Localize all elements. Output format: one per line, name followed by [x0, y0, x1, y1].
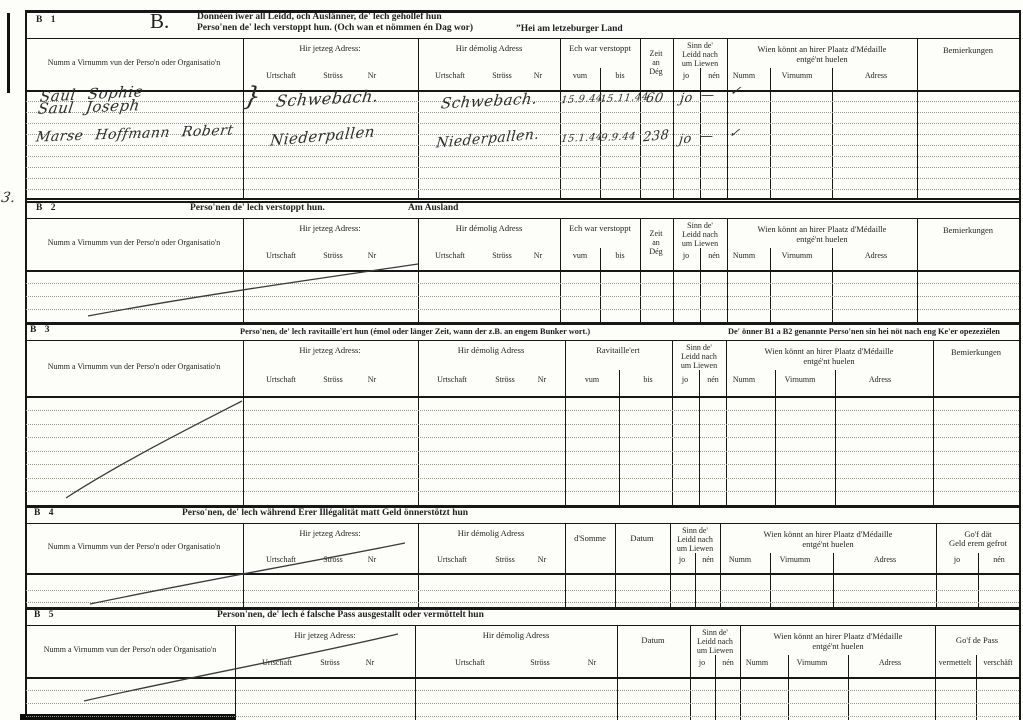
col-header-medal-line: Wien könnt an hirer Plaatz d'Médaille — [758, 45, 887, 54]
col-header-sub: verschäft — [983, 659, 1012, 667]
rule-horizontal — [25, 505, 1021, 508]
col-header-sub: Numm — [746, 659, 768, 667]
col-header-sub: Nr — [368, 556, 376, 564]
rule-horizontal — [25, 270, 1021, 272]
column-border-b2 — [418, 218, 419, 322]
section-b1-title-part: Perso'nen de' lech verstoppt hun. (Och w… — [197, 24, 473, 34]
col-header-name: Numm a Virnumm vun der Perso'n oder Orga… — [48, 543, 221, 551]
entry-row-line-b3 — [26, 437, 1019, 438]
col-header-group: Hir démolig Adress — [458, 529, 525, 538]
rule-horizontal — [25, 396, 1021, 398]
rule-horizontal — [25, 607, 1021, 610]
col-header-group: Hir démolig Adress — [483, 631, 550, 640]
col-header-sub: Virnumm — [782, 252, 813, 260]
column-border-b2 — [560, 218, 561, 322]
entry-row-line-b3 — [26, 424, 1019, 425]
section-b3-title-part: De' önner B1 a B2 genannte Perso'nen sin… — [728, 328, 1000, 336]
handwritten-entry: 43. — [0, 191, 17, 205]
col-header-sub: jo — [683, 252, 689, 260]
col-header-medal-line: Wien könnt an hirer Plaatz d'Médaille — [765, 347, 894, 356]
col-header-zeit-line: an — [652, 239, 660, 247]
handwritten-entry: jo — [678, 132, 692, 146]
col-header-sub: Urtschaft — [266, 252, 296, 260]
handwritten-entry: 60 — [645, 92, 665, 105]
entry-row-line-b5 — [26, 716, 1019, 717]
section-b4-title-part: Perso'nen, de' lech während Erer Illégal… — [182, 509, 468, 519]
column-border-b2 — [243, 218, 244, 322]
section-b1-title-part: ”Hei am letzeburger Land — [516, 25, 623, 35]
col-header-sinn-line: Sinn de' — [702, 629, 728, 637]
col-header-medal-line: Wien könnt an hirer Plaatz d'Médaille — [764, 530, 893, 539]
column-border-b2 — [640, 218, 641, 322]
entry-row-line-b1 — [26, 112, 1019, 113]
handwritten-entry: Schwebach. — [275, 88, 379, 109]
col-header-sub: nén — [993, 556, 1005, 564]
entry-row-line-b1 — [26, 189, 1019, 190]
col-header-group: Hir démolig Adress — [456, 224, 523, 233]
col-header-sinn-line: um Liewen — [677, 545, 713, 553]
column-border-b4 — [670, 523, 671, 607]
col-header-sub: Ströss — [495, 376, 515, 384]
col-header-sinn-line: um Liewen — [682, 60, 718, 68]
column-border-b4 — [936, 523, 937, 607]
column-border-b5 — [415, 625, 416, 720]
section-b3-title-part: Perso'nen, de' lech ravitaille'ert hun (… — [240, 328, 590, 336]
bottom-scan-bar — [20, 714, 236, 720]
col-header-sub: Numm — [729, 556, 751, 564]
col-header-group: Hir jetzeg Adress: — [299, 346, 360, 355]
handwritten-entry: jo — [679, 91, 693, 105]
handwritten-entry: 9.9.44 — [600, 132, 636, 144]
col-header-name: Numm a Virnumm vun der Perso'n oder Orga… — [48, 363, 221, 371]
col-header-sub: vum — [585, 376, 599, 384]
col-header-sub: Nr — [368, 252, 376, 260]
col-header-group: Hir jetzeg Adress: — [294, 631, 355, 640]
column-border-b3 — [565, 340, 566, 505]
entry-row-line-b3 — [26, 410, 1019, 411]
col-header-sub: vermettelt — [939, 659, 971, 667]
handwritten-entry: Saul Joseph — [37, 98, 141, 117]
column-border-b2 — [917, 218, 918, 322]
col-header-sub: Ströss — [323, 252, 343, 260]
entry-row-line-b5 — [26, 690, 1019, 691]
col-header-sub: Urtschaft — [437, 376, 467, 384]
handwritten-entry: Marse Hoffmann Robert — [35, 124, 234, 145]
margin-tick-line — [7, 13, 10, 93]
col-header-sub: Adress — [865, 252, 887, 260]
col-header-sub: Virnumm — [782, 72, 813, 80]
column-border-b1 — [917, 38, 918, 198]
col-header-single: d'Somme — [574, 534, 606, 543]
subcolumn-border-b2 — [770, 248, 771, 322]
column-border-b4 — [720, 523, 721, 607]
column-border-b1 — [640, 38, 641, 198]
col-header-sinn-line: Leidd nach — [682, 51, 718, 59]
subcolumn-border-b2 — [700, 248, 701, 322]
handwritten-entry: ✓ — [728, 127, 742, 140]
col-header-sub: Ströss — [530, 659, 550, 667]
column-border-b5 — [740, 625, 741, 720]
col-header-sub: Urtschaft — [437, 556, 467, 564]
col-header-bemierkungen: Bemierkungen — [951, 348, 1001, 357]
entry-row-line-b2 — [26, 283, 1019, 284]
col-header-sinn-line: Sinn de' — [687, 42, 713, 50]
subcolumn-border-b5 — [848, 655, 849, 720]
subcolumn-border-b4 — [695, 553, 696, 607]
column-border-b4 — [243, 523, 244, 607]
col-header-medal-line: entgé'nt huelen — [812, 642, 863, 651]
col-header-zeit-line: Zeit — [650, 230, 663, 238]
col-header-single: Datum — [641, 636, 664, 645]
col-header-medal-line: entgé'nt huelen — [803, 357, 854, 366]
rule-horizontal — [25, 625, 1021, 626]
col-header-zeit-line: an — [652, 59, 660, 67]
rule-horizontal — [25, 201, 1021, 203]
col-header-zeit-line: Zeit — [650, 50, 663, 58]
col-header-sub: Urtschaft — [455, 659, 485, 667]
entry-row-line-b3 — [26, 451, 1019, 452]
col-header-sub: Nr — [366, 659, 374, 667]
col-header-sinn-line: um Liewen — [681, 362, 717, 370]
col-header-sub: vum — [573, 72, 587, 80]
col-header-sub: jo — [683, 72, 689, 80]
handwritten-entry: 238 — [643, 129, 670, 145]
column-border-b4 — [565, 523, 566, 607]
col-header-sub: Virnumm — [780, 556, 811, 564]
column-border-b1 — [560, 38, 561, 198]
col-header-sub: jo — [679, 556, 685, 564]
subcolumn-border-b5 — [715, 655, 716, 720]
col-header-sub: Nr — [538, 376, 546, 384]
handwritten-entry: } — [242, 84, 264, 110]
column-border-b1 — [673, 38, 674, 198]
col-header-sub: vum — [573, 252, 587, 260]
col-header-sub: Nr — [534, 252, 542, 260]
entry-row-line-b2 — [26, 309, 1019, 310]
rule-horizontal — [25, 218, 1021, 219]
column-border-b1 — [418, 38, 419, 198]
col-header-sub: Ströss — [492, 252, 512, 260]
col-header-sub: Adress — [869, 376, 891, 384]
col-header-sinn-line: Sinn de' — [687, 222, 713, 230]
col-header-sub: Nr — [534, 72, 542, 80]
col-header-sub: bis — [615, 72, 624, 80]
col-header-sub: Urtschaft — [266, 556, 296, 564]
col-header-sub: Nr — [368, 376, 376, 384]
rule-horizontal — [25, 198, 1021, 200]
column-border-b3 — [933, 340, 934, 505]
subcolumn-border-b2 — [832, 248, 833, 322]
col-header-sub: Adress — [879, 659, 901, 667]
rule-horizontal — [25, 340, 1021, 341]
col-header-sub: Urtschaft — [266, 72, 296, 80]
column-border-b3 — [726, 340, 727, 505]
column-border-b4 — [615, 523, 616, 607]
col-header-sub: nén — [708, 252, 720, 260]
col-header-sub: Urtschaft — [262, 659, 292, 667]
handwritten-entry: Niederpallen. — [436, 127, 540, 150]
entry-row-line-b3 — [26, 491, 1019, 492]
column-border-b1 — [727, 38, 728, 198]
entry-row-line-b1 — [26, 156, 1019, 157]
entry-row-line-b5 — [26, 703, 1019, 704]
rule-horizontal — [25, 322, 1021, 325]
handwritten-entry: — — [699, 130, 715, 143]
section-b1-title-part: B 1 — [36, 16, 58, 26]
section-b3-title-part: B 3 — [30, 326, 52, 336]
col-header-name: Numm a Virnumm vun der Perso'n oder Orga… — [48, 59, 221, 67]
entry-row-line-b1 — [26, 167, 1019, 168]
entry-row-line-b4 — [26, 602, 1019, 603]
section-b1-title-part: B. — [150, 11, 169, 32]
entry-row-line-b2 — [26, 296, 1019, 297]
form-right-border — [1019, 10, 1021, 720]
col-header-group: Hir démolig Adress — [456, 44, 523, 53]
col-header-sub: nén — [702, 556, 714, 564]
col-header-group: Hir démolig Adress — [458, 346, 525, 355]
col-header-gof-line: Geld erem gefrot — [949, 539, 1007, 548]
col-header-medal-line: Wien könnt an hirer Plaatz d'Médaille — [758, 225, 887, 234]
col-header-sub: nén — [707, 376, 719, 384]
col-header-sub: jo — [682, 376, 688, 384]
col-header-sub: Virnumm — [785, 376, 816, 384]
subcolumn-border-b4 — [770, 553, 771, 607]
column-border-b2 — [727, 218, 728, 322]
col-header-sub: Ströss — [323, 72, 343, 80]
subcolumn-border-b2 — [600, 248, 601, 322]
col-header-sub: jo — [699, 659, 705, 667]
handwritten-entry: Schwebach. — [440, 91, 538, 111]
entry-row-line-b1 — [26, 178, 1019, 179]
col-header-bemierkungen: Bemierkungen — [943, 226, 993, 235]
col-header-sub: Virnumm — [797, 659, 828, 667]
column-border-b3 — [672, 340, 673, 505]
col-header-sub: Numm — [733, 252, 755, 260]
subcolumn-border-b5 — [788, 655, 789, 720]
col-header-sinn-line: Sinn de' — [682, 527, 708, 535]
col-header-zeit-line: Dég — [649, 248, 662, 256]
col-header-sub: Nr — [368, 72, 376, 80]
col-header-sub: Ströss — [323, 556, 343, 564]
col-header-sub: Adress — [865, 72, 887, 80]
form-left-border — [25, 10, 27, 720]
rule-horizontal — [25, 573, 1021, 575]
column-border-b3 — [243, 340, 244, 505]
rule-horizontal — [25, 38, 1021, 39]
col-header-sinn-line: um Liewen — [682, 240, 718, 248]
section-b2-title-part: Am Ausland — [408, 204, 458, 214]
subcolumn-border-b5 — [976, 655, 977, 720]
rule-horizontal — [25, 10, 1021, 13]
handwritten-entry: 15.11.44 — [599, 93, 649, 106]
col-header-name: Numm a Virnumm vun der Perso'n oder Orga… — [48, 239, 221, 247]
entry-row-line-b1 — [26, 145, 1019, 146]
column-border-b5 — [617, 625, 618, 720]
col-header-sub: nén — [722, 659, 734, 667]
col-header-zeit-line: Dég — [649, 68, 662, 76]
col-header-sub: Numm — [733, 376, 755, 384]
col-header-sinn-line: Leidd nach — [677, 536, 713, 544]
col-header-medal-line: Wien könnt an hirer Plaatz d'Médaille — [774, 632, 903, 641]
rule-horizontal — [25, 677, 1021, 679]
column-border-b5 — [235, 625, 236, 720]
col-header-group: Ech war verstoppt — [569, 224, 631, 233]
scanned-form-page: B 1B.Donnéen iwer all Leidd, och Auslänn… — [0, 0, 1023, 720]
col-header-sub: nén — [708, 72, 720, 80]
column-border-b5 — [690, 625, 691, 720]
col-header-name: Numm a Virnumm vun der Perso'n oder Orga… — [44, 646, 217, 654]
col-header-sinn-line: Leidd nach — [697, 638, 733, 646]
col-header-medal-line: entgé'nt huelen — [796, 235, 847, 244]
col-header-single: Datum — [630, 534, 653, 543]
handwritten-entry: ✓ — [729, 85, 743, 98]
handwritten-entry: 15.1.44 — [560, 133, 603, 145]
rule-horizontal — [25, 523, 1021, 524]
col-header-group: Hir jetzeg Adress: — [299, 44, 360, 53]
column-border-b5 — [935, 625, 936, 720]
col-header-sub: jo — [954, 556, 960, 564]
column-border-b1 — [243, 38, 244, 198]
section-b1-title-part: Donnéen iwer all Leidd, och Auslänner, d… — [197, 13, 442, 23]
col-header-sub: Adress — [874, 556, 896, 564]
column-border-b2 — [673, 218, 674, 322]
cancellation-stroke — [66, 401, 242, 498]
col-header-medal-line: entgé'nt huelen — [802, 540, 853, 549]
col-header-group: Hir jetzeg Adress: — [299, 529, 360, 538]
col-header-sub: Urtschaft — [266, 376, 296, 384]
handwritten-entry: — — [700, 89, 716, 102]
col-header-sinn-line: Leidd nach — [681, 353, 717, 361]
col-header-sub: Nr — [588, 659, 596, 667]
column-border-b3 — [418, 340, 419, 505]
col-header-group: Ech war verstoppt — [569, 44, 631, 53]
col-header-sinn-line: Leidd nach — [682, 231, 718, 239]
col-header-sub: bis — [615, 252, 624, 260]
col-header-sub: Ströss — [320, 659, 340, 667]
col-header-sinn-line: Sinn de' — [686, 344, 712, 352]
col-header-group: Ravitaille'ert — [596, 346, 640, 355]
subcolumn-border-b4 — [978, 553, 979, 607]
section-b2-title-part: B 2 — [36, 204, 58, 214]
col-header-sub: bis — [643, 376, 652, 384]
col-header-medal-line: entgé'nt huelen — [796, 55, 847, 64]
section-b4-title-part: B 4 — [34, 509, 56, 519]
col-header-sub: Ströss — [495, 556, 515, 564]
col-header-bemierkungen: Bemierkungen — [943, 46, 993, 55]
section-b2-title-part: Perso'nen de' lech verstoppt hun. — [190, 204, 325, 214]
section-b5-title-part: Person'nen, de' lech é falsche Pass ausg… — [217, 611, 484, 621]
col-header-sub: Nr — [538, 556, 546, 564]
col-header-sinn-line: um Liewen — [697, 647, 733, 655]
entry-row-line-b3 — [26, 478, 1019, 479]
subcolumn-border-b4 — [833, 553, 834, 607]
col-header-sub: Urtschaft — [435, 72, 465, 80]
col-header-sub: Ströss — [323, 376, 343, 384]
col-header-sub: Numm — [733, 72, 755, 80]
entry-row-line-b3 — [26, 464, 1019, 465]
col-header-sub: Ströss — [492, 72, 512, 80]
column-border-b4 — [418, 523, 419, 607]
col-header-group: Hir jetzeg Adress: — [299, 224, 360, 233]
col-header-sub: Urtschaft — [435, 252, 465, 260]
entry-row-line-b4 — [26, 590, 1019, 591]
section-b5-title-part: B 5 — [34, 611, 56, 621]
col-header-gof-pass: Go'f de Pass — [956, 636, 998, 645]
